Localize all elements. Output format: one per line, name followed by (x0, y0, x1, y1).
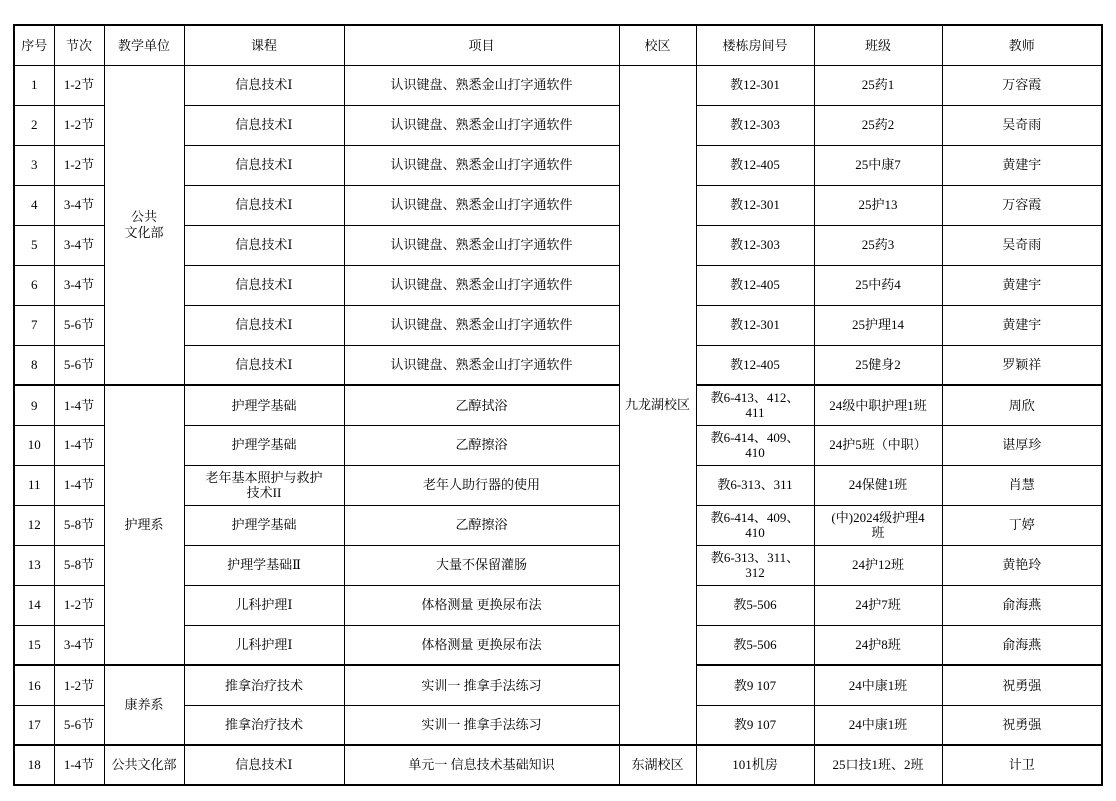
cell-project: 认识键盘、熟悉金山打字通软件 (344, 185, 619, 225)
table-row: 11-2节公共 文化部信息技术Ⅰ认识键盘、熟悉金山打字通软件九龙湖校区教12-3… (14, 65, 1102, 105)
cell-row-number: 9 (14, 385, 54, 425)
cell-row-number: 1 (14, 65, 54, 105)
cell-teacher: 俞海燕 (942, 585, 1102, 625)
cell-row-number: 6 (14, 265, 54, 305)
cell-class: 25中康7 (814, 145, 942, 185)
cell-project: 乙醇拭浴 (344, 385, 619, 425)
cell-course: 信息技术Ⅰ (184, 185, 344, 225)
cell-project: 认识键盘、熟悉金山打字通软件 (344, 105, 619, 145)
cell-course: 信息技术Ⅰ (184, 745, 344, 785)
cell-room: 教6-414、409、 410 (696, 425, 814, 465)
col-header-room: 楼栋房间号 (696, 25, 814, 65)
cell-class: 25药3 (814, 225, 942, 265)
cell-course: 推拿治疗技术 (184, 705, 344, 745)
cell-room: 教12-301 (696, 65, 814, 105)
cell-teacher: 万容霞 (942, 65, 1102, 105)
cell-room: 教9 107 (696, 705, 814, 745)
cell-room: 教6-413、412、 411 (696, 385, 814, 425)
cell-period: 5-6节 (54, 705, 104, 745)
cell-project: 大量不保留灌肠 (344, 545, 619, 585)
cell-room: 教12-303 (696, 105, 814, 145)
cell-class: 25护13 (814, 185, 942, 225)
cell-project: 实训一 推拿手法练习 (344, 665, 619, 705)
cell-room: 教12-303 (696, 225, 814, 265)
cell-course: 信息技术Ⅰ (184, 145, 344, 185)
cell-room: 教6-313、311 (696, 465, 814, 505)
cell-class: 25健身2 (814, 345, 942, 385)
cell-project: 老年人助行器的使用 (344, 465, 619, 505)
cell-room: 教5-506 (696, 585, 814, 625)
cell-teacher: 黄建宇 (942, 305, 1102, 345)
cell-course: 护理学基础 (184, 505, 344, 545)
cell-row-number: 4 (14, 185, 54, 225)
cell-period: 3-4节 (54, 225, 104, 265)
cell-course: 信息技术Ⅰ (184, 105, 344, 145)
cell-period: 1-4节 (54, 745, 104, 785)
cell-project: 认识键盘、熟悉金山打字通软件 (344, 225, 619, 265)
cell-project: 认识键盘、熟悉金山打字通软件 (344, 265, 619, 305)
col-header-teacher: 教师 (942, 25, 1102, 65)
cell-period: 5-8节 (54, 505, 104, 545)
table-row: 91-4节护理系护理学基础乙醇拭浴教6-413、412、 41124级中职护理1… (14, 385, 1102, 425)
cell-period: 3-4节 (54, 625, 104, 665)
cell-teacher: 吴奇雨 (942, 225, 1102, 265)
table-row: 161-2节康养系推拿治疗技术实训一 推拿手法练习教9 10724中康1班祝勇强 (14, 665, 1102, 705)
cell-teacher: 罗颖祥 (942, 345, 1102, 385)
cell-class: 24护7班 (814, 585, 942, 625)
cell-row-number: 13 (14, 545, 54, 585)
cell-row-number: 18 (14, 745, 54, 785)
cell-room: 教5-506 (696, 625, 814, 665)
cell-class: 25药1 (814, 65, 942, 105)
cell-class: (中)2024级护理4 班 (814, 505, 942, 545)
cell-period: 1-2节 (54, 105, 104, 145)
cell-period: 3-4节 (54, 265, 104, 305)
cell-row-number: 16 (14, 665, 54, 705)
cell-room: 教9 107 (696, 665, 814, 705)
cell-row-number: 5 (14, 225, 54, 265)
cell-teacher: 万容霞 (942, 185, 1102, 225)
cell-class: 24中康1班 (814, 705, 942, 745)
cell-period: 1-4节 (54, 385, 104, 425)
cell-teaching-unit: 公共 文化部 (104, 65, 184, 385)
cell-period: 1-4节 (54, 465, 104, 505)
cell-teaching-unit: 康养系 (104, 665, 184, 745)
cell-campus: 东湖校区 (619, 745, 696, 785)
cell-teacher: 肖慧 (942, 465, 1102, 505)
cell-teacher: 周欣 (942, 385, 1102, 425)
cell-teacher: 黄建宇 (942, 265, 1102, 305)
cell-project: 认识键盘、熟悉金山打字通软件 (344, 305, 619, 345)
cell-course: 护理学基础 (184, 425, 344, 465)
cell-teaching-unit: 公共文化部 (104, 745, 184, 785)
cell-project: 认识键盘、熟悉金山打字通软件 (344, 145, 619, 185)
col-header-no: 序号 (14, 25, 54, 65)
cell-project: 乙醇擦浴 (344, 505, 619, 545)
cell-course: 信息技术Ⅰ (184, 65, 344, 105)
cell-row-number: 14 (14, 585, 54, 625)
cell-period: 1-2节 (54, 665, 104, 705)
header-row: 序号节次教学单位课程项目校区楼栋房间号班级教师 (14, 25, 1102, 65)
cell-project: 认识键盘、熟悉金山打字通软件 (344, 65, 619, 105)
cell-period: 5-8节 (54, 545, 104, 585)
cell-row-number: 3 (14, 145, 54, 185)
cell-campus: 九龙湖校区 (619, 65, 696, 745)
cell-course: 推拿治疗技术 (184, 665, 344, 705)
cell-teaching-unit: 护理系 (104, 385, 184, 665)
cell-project: 乙醇擦浴 (344, 425, 619, 465)
cell-course: 信息技术Ⅰ (184, 345, 344, 385)
cell-class: 25中药4 (814, 265, 942, 305)
cell-room: 教12-301 (696, 185, 814, 225)
cell-period: 1-2节 (54, 145, 104, 185)
cell-room: 101机房 (696, 745, 814, 785)
cell-course: 护理学基础Ⅱ (184, 545, 344, 585)
cell-period: 1-2节 (54, 585, 104, 625)
cell-row-number: 8 (14, 345, 54, 385)
table-row: 181-4节公共文化部信息技术Ⅰ单元一 信息技术基础知识东湖校区101机房25口… (14, 745, 1102, 785)
cell-teacher: 谌厚珍 (942, 425, 1102, 465)
cell-teacher: 祝勇强 (942, 705, 1102, 745)
cell-teacher: 祝勇强 (942, 665, 1102, 705)
cell-row-number: 15 (14, 625, 54, 665)
cell-row-number: 17 (14, 705, 54, 745)
cell-teacher: 黄建宇 (942, 145, 1102, 185)
cell-room: 教12-301 (696, 305, 814, 345)
cell-teacher: 黄艳玲 (942, 545, 1102, 585)
cell-project: 单元一 信息技术基础知识 (344, 745, 619, 785)
cell-room: 教6-414、409、 410 (696, 505, 814, 545)
cell-room: 教12-405 (696, 265, 814, 305)
cell-class: 24护8班 (814, 625, 942, 665)
cell-teacher: 俞海燕 (942, 625, 1102, 665)
cell-class: 24保健1班 (814, 465, 942, 505)
cell-teacher: 吴奇雨 (942, 105, 1102, 145)
cell-teacher: 丁婷 (942, 505, 1102, 545)
cell-class: 25口技1班、2班 (814, 745, 942, 785)
cell-row-number: 10 (14, 425, 54, 465)
cell-project: 体格测量 更换尿布法 (344, 585, 619, 625)
cell-period: 3-4节 (54, 185, 104, 225)
col-header-period: 节次 (54, 25, 104, 65)
cell-period: 5-6节 (54, 305, 104, 345)
cell-room: 教12-405 (696, 145, 814, 185)
cell-project: 实训一 推拿手法练习 (344, 705, 619, 745)
cell-period: 1-4节 (54, 425, 104, 465)
cell-period: 1-2节 (54, 65, 104, 105)
cell-class: 25药2 (814, 105, 942, 145)
cell-course: 护理学基础 (184, 385, 344, 425)
cell-course: 信息技术Ⅰ (184, 265, 344, 305)
cell-class: 24中康1班 (814, 665, 942, 705)
cell-project: 认识键盘、熟悉金山打字通软件 (344, 345, 619, 385)
cell-row-number: 2 (14, 105, 54, 145)
col-header-course: 课程 (184, 25, 344, 65)
cell-class: 24护12班 (814, 545, 942, 585)
col-header-project: 项目 (344, 25, 619, 65)
cell-course: 儿科护理Ⅰ (184, 585, 344, 625)
col-header-campus: 校区 (619, 25, 696, 65)
table-header: 序号节次教学单位课程项目校区楼栋房间号班级教师 (14, 25, 1102, 65)
schedule-table: 序号节次教学单位课程项目校区楼栋房间号班级教师 11-2节公共 文化部信息技术Ⅰ… (13, 24, 1103, 786)
cell-course: 信息技术Ⅰ (184, 305, 344, 345)
col-header-unit: 教学单位 (104, 25, 184, 65)
cell-teacher: 计卫 (942, 745, 1102, 785)
table-body: 11-2节公共 文化部信息技术Ⅰ认识键盘、熟悉金山打字通软件九龙湖校区教12-3… (14, 65, 1102, 785)
cell-project: 体格测量 更换尿布法 (344, 625, 619, 665)
cell-row-number: 7 (14, 305, 54, 345)
class-schedule-page: 序号节次教学单位课程项目校区楼栋房间号班级教师 11-2节公共 文化部信息技术Ⅰ… (0, 0, 1116, 801)
cell-class: 25护理14 (814, 305, 942, 345)
cell-room: 教12-405 (696, 345, 814, 385)
cell-row-number: 12 (14, 505, 54, 545)
cell-row-number: 11 (14, 465, 54, 505)
cell-course: 老年基本照护与救护 技术II (184, 465, 344, 505)
cell-class: 24护5班（中职） (814, 425, 942, 465)
cell-course: 信息技术Ⅰ (184, 225, 344, 265)
cell-period: 5-6节 (54, 345, 104, 385)
cell-course: 儿科护理Ⅰ (184, 625, 344, 665)
cell-room: 教6-313、311、 312 (696, 545, 814, 585)
col-header-class_name: 班级 (814, 25, 942, 65)
cell-class: 24级中职护理1班 (814, 385, 942, 425)
